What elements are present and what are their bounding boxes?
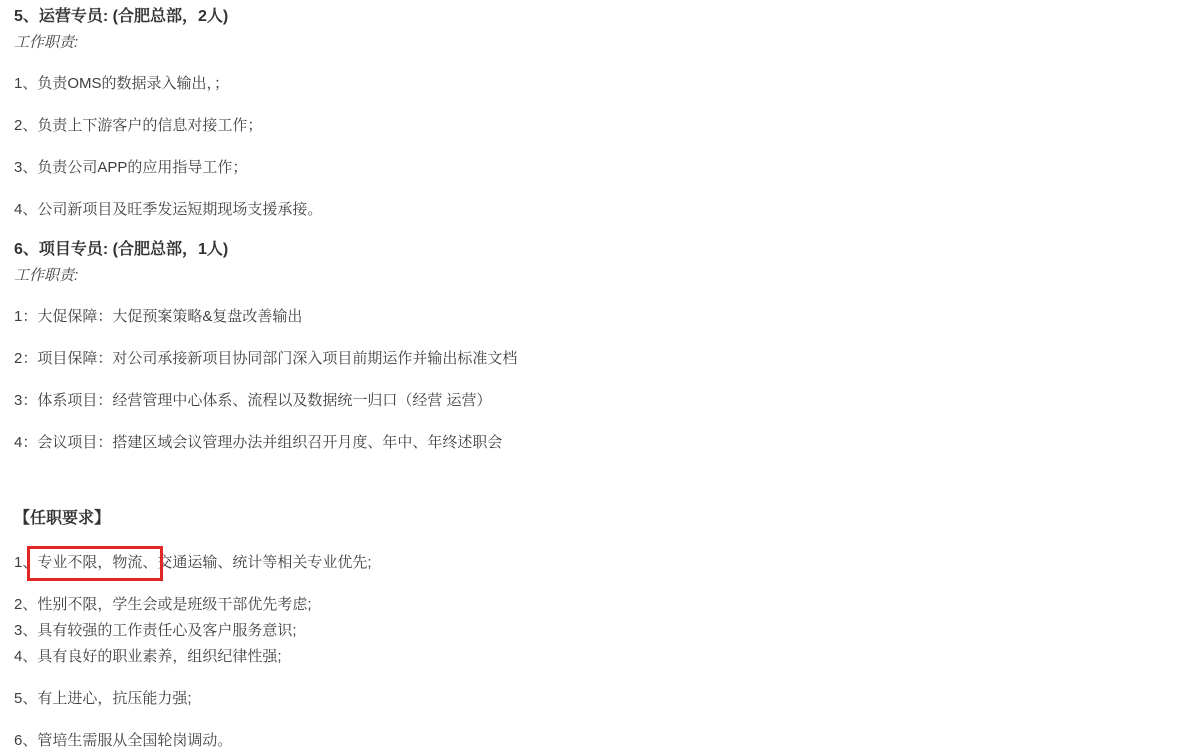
duty-item: 3：体系项目：经营管理中心体系、流程以及数据统一归口（经营 运营） (14, 388, 1168, 414)
requirements-section: 【任职要求】 1、专业不限，物流、交通运输、统计等相关专业优先; 2、性别不限，… (14, 508, 1168, 751)
duty-item: 1、负责OMS的数据录入输出，； (14, 71, 1168, 97)
requirements-heading: 【任职要求】 (14, 508, 1168, 530)
duties-label: 工作职责: (14, 265, 1168, 287)
requirement-item-5: 5、有上进心，抗压能力强; (14, 686, 1168, 712)
requirement-item-2: 2、性别不限，学生会或是班级干部优先考虑; (14, 596, 312, 613)
duty-item: 1：大促保障：大促预案策略&复盘改善输出 (14, 304, 1168, 330)
duty-item: 3、负责公司APP的应用指导工作； (14, 155, 1168, 181)
duty-item: 2：项目保障：对公司承接新项目协同部门深入项目前期运作并输出标准文档 (14, 346, 1168, 372)
duty-item: 4、公司新项目及旺季发运短期现场支援承接。 (14, 197, 1168, 223)
requirement-item-6: 6、管培生需服从全国轮岗调动。 (14, 728, 1168, 751)
job-description-content: 5、运营专员: (合肥总部，2人) 工作职责: 1、负责OMS的数据录入输出，；… (0, 0, 1188, 751)
requirement-item-3: 3、具有较强的工作责任心及客户服务意识; (14, 622, 297, 639)
duties-label: 工作职责: (14, 32, 1168, 54)
requirement-items-2-4: 2、性别不限，学生会或是班级干部优先考虑;3、具有较强的工作责任心及客户服务意识… (14, 592, 1168, 670)
duty-item: 4：会议项目：搭建区域会议管理办法并组织召开月度、年中、年终述职会 (14, 430, 1168, 456)
duty-item: 2、负责上下游客户的信息对接工作； (14, 113, 1168, 139)
position-section-project: 6、项目专员: (合肥总部，1人) 工作职责: 1：大促保障：大促预案策略&复盘… (14, 239, 1168, 456)
position-heading-operations: 5、运营专员: (合肥总部，2人) (14, 6, 1168, 28)
position-section-operations: 5、运营专员: (合肥总部，2人) 工作职责: 1、负责OMS的数据录入输出，；… (14, 6, 1168, 223)
position-heading-project: 6、项目专员: (合肥总部，1人) (14, 239, 1168, 261)
requirement-item-4: 4、具有良好的职业素养，组织纪律性强; (14, 648, 282, 665)
requirement-item-1: 1、专业不限，物流、交通运输、统计等相关专业优先; (14, 550, 1168, 576)
